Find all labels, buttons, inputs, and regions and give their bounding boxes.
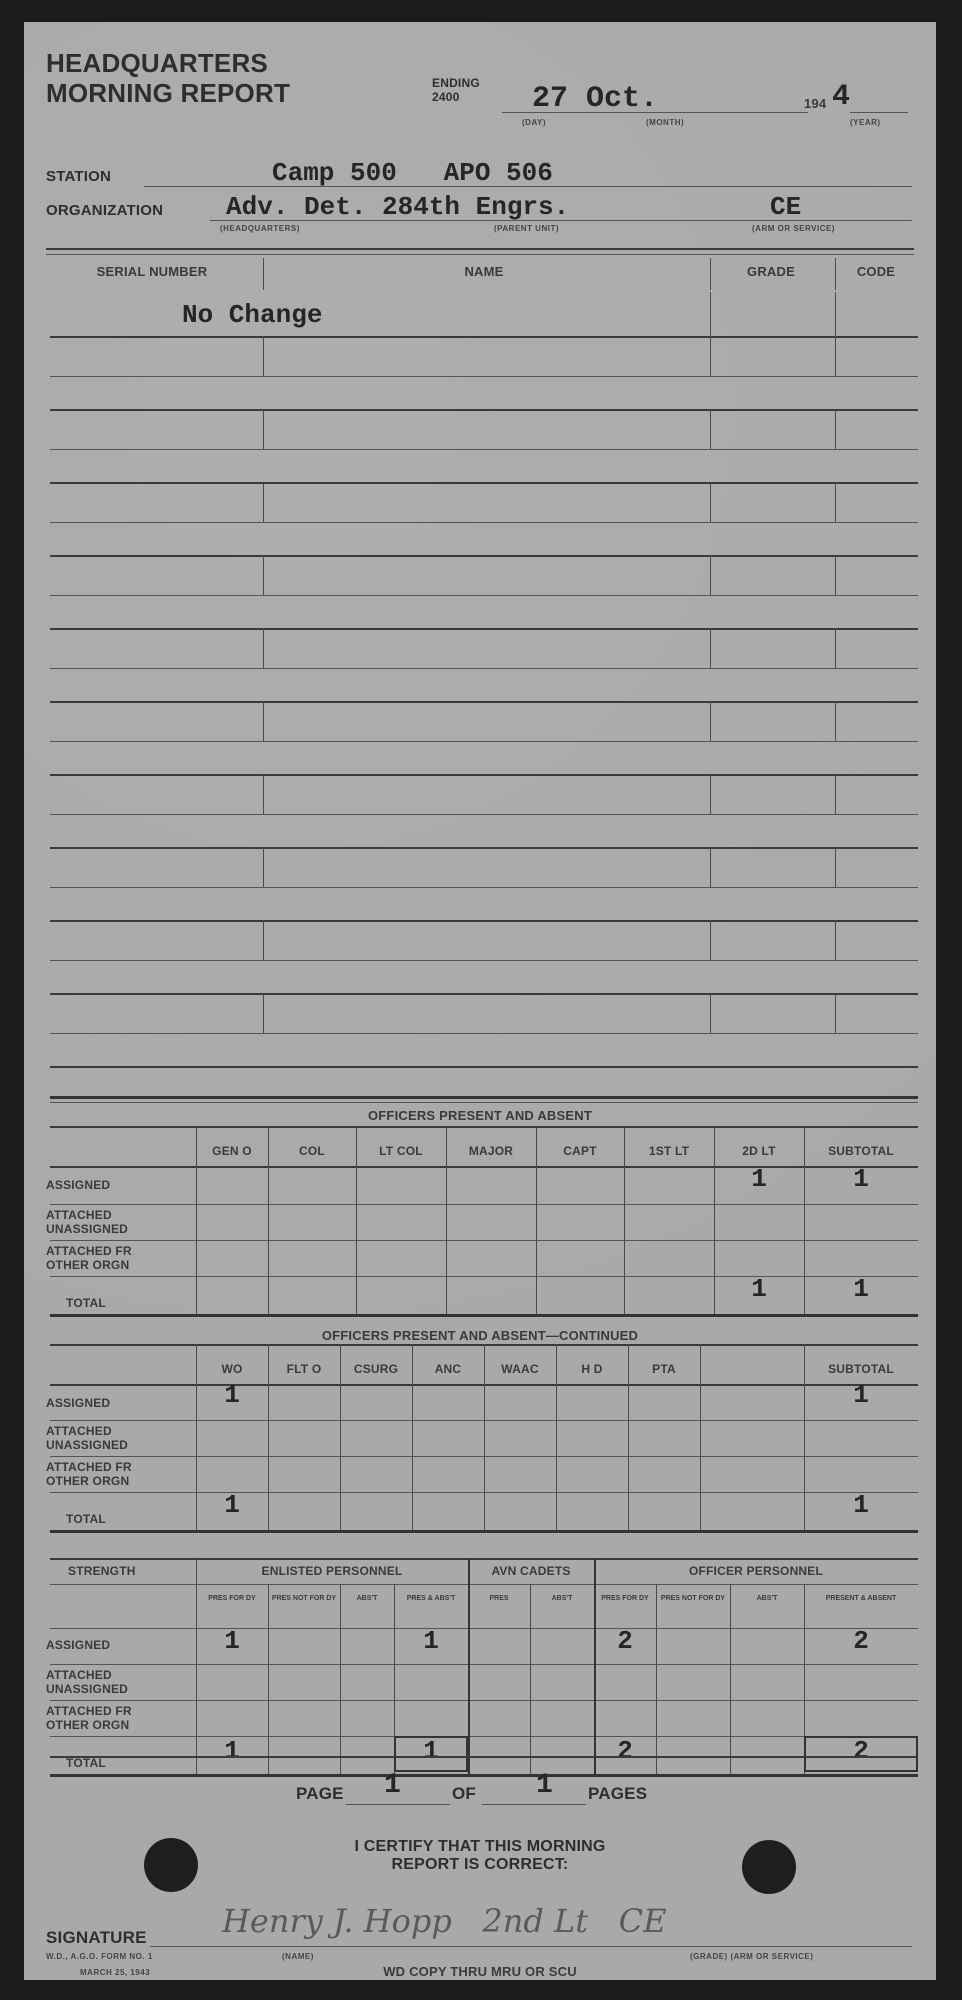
roster-divider <box>835 555 836 595</box>
column-header: PRES NOT FOR DY <box>268 1592 340 1605</box>
cell-value: 1 <box>714 1274 804 1304</box>
roster-divider <box>710 920 711 960</box>
roster-divider <box>263 409 264 449</box>
grid-rule <box>50 1204 918 1205</box>
column-header: GEN O <box>196 1144 268 1158</box>
station-label: STATION <box>46 168 111 185</box>
station-value: Camp 500 APO 506 <box>272 158 553 188</box>
roster-divider <box>710 482 711 522</box>
roster-divider <box>835 482 836 522</box>
row-label: ATTACHED FR OTHER ORGN <box>46 1460 166 1488</box>
row-label: ATTACHED FR OTHER ORGN <box>46 1244 166 1272</box>
grid-divider <box>340 1584 341 1774</box>
roster-divider <box>835 920 836 960</box>
arm-or-service-value: CE <box>770 192 801 222</box>
total-box <box>394 1736 468 1772</box>
parent-unit-caption: (PARENT UNIT) <box>494 224 559 233</box>
routing-note: WD COPY THRU MRU OR SCU <box>24 1964 936 1979</box>
pages-label: PAGES <box>588 1784 647 1804</box>
grid-divider <box>700 1344 701 1530</box>
roster-rule <box>50 1033 918 1034</box>
grid-rule <box>50 1736 918 1737</box>
roster-rule <box>50 960 918 961</box>
officers-top-rule-2 <box>50 1102 918 1103</box>
roster-divider <box>263 258 264 290</box>
cell-value: 1 <box>804 1274 918 1304</box>
roster-divider <box>835 701 836 741</box>
year-prefix: 194 <box>804 96 826 111</box>
row-label: TOTAL <box>66 1756 186 1770</box>
form-number: W.D., A.G.O. FORM NO. 1 <box>46 1952 153 1961</box>
roster-rule <box>50 668 918 669</box>
roster-rule <box>50 701 918 703</box>
roster-rule <box>50 449 918 450</box>
title-line-1: HEADQUARTERS <box>46 48 290 78</box>
roster-divider <box>710 258 711 290</box>
column-header: SUBTOTAL <box>804 1362 918 1376</box>
roster-rule <box>50 595 918 596</box>
roster-rule <box>50 409 918 411</box>
grade-header: GRADE <box>710 264 832 279</box>
grid-divider <box>530 1584 531 1774</box>
roster-divider <box>835 336 836 376</box>
page-underline <box>346 1804 450 1805</box>
grid-divider <box>624 1126 625 1314</box>
grid-divider <box>412 1344 413 1530</box>
row-label: TOTAL <box>66 1512 186 1526</box>
roster-divider <box>835 258 836 290</box>
grid-divider <box>268 1584 269 1774</box>
roster-rule <box>50 1066 918 1068</box>
column-header: ABS'T <box>530 1592 594 1605</box>
column-header: CSURG <box>340 1362 412 1376</box>
roster-divider <box>263 847 264 887</box>
of-label: OF <box>452 1784 476 1804</box>
grid-divider <box>196 1558 197 1774</box>
footer-rule <box>50 1756 918 1758</box>
grid-divider <box>804 1344 805 1530</box>
roster-rule <box>50 628 918 630</box>
grid-rule <box>50 1126 918 1128</box>
roster-divider <box>710 628 711 668</box>
form-title: HEADQUARTERS MORNING REPORT <box>46 48 290 108</box>
cell-value: 1 <box>196 1626 268 1656</box>
punch-hole-left <box>144 1838 198 1892</box>
roster-rule <box>50 920 918 922</box>
cell-value: 1 <box>196 1736 268 1766</box>
roster-divider <box>263 482 264 522</box>
roster-divider <box>710 701 711 741</box>
ending-label: ENDING 2400 <box>432 76 480 104</box>
roster-divider <box>835 774 836 814</box>
roster-top-rule <box>46 248 914 250</box>
roster-divider <box>835 628 836 668</box>
column-header: WO <box>196 1362 268 1376</box>
signature-value: Henry J. Hopp 2nd Lt CE <box>222 1902 666 1940</box>
morning-report-form: HEADQUARTERS MORNING REPORT ENDING 2400 … <box>24 22 936 1980</box>
day-caption: (DAY) <box>522 118 546 127</box>
date-value: 27 Oct. <box>532 82 658 116</box>
roster-rule <box>50 814 918 815</box>
column-header: ANC <box>412 1362 484 1376</box>
cell-value: 1 <box>196 1380 268 1410</box>
column-header: PRES FOR DY <box>594 1592 656 1605</box>
row-label: ATTACHED FR OTHER ORGN <box>46 1704 166 1732</box>
page-value: 1 <box>384 1770 401 1801</box>
group-header: AVN CADETS <box>468 1564 594 1578</box>
month-caption: (MONTH) <box>646 118 684 127</box>
serial-number-header: SERIAL NUMBER <box>46 264 258 279</box>
grid-divider <box>628 1344 629 1530</box>
signature-underline <box>150 1946 912 1947</box>
roster-divider <box>263 628 264 668</box>
grid-divider <box>594 1558 596 1774</box>
grid-rule <box>50 1774 918 1777</box>
grid-rule <box>50 1700 918 1701</box>
title-line-2: MORNING REPORT <box>46 78 290 108</box>
row-label: ASSIGNED <box>46 1178 166 1192</box>
grid-divider <box>536 1126 537 1314</box>
grid-divider <box>556 1344 557 1530</box>
column-header: COL <box>268 1144 356 1158</box>
grid-divider <box>730 1584 731 1774</box>
group-header: OFFICER PERSONNEL <box>594 1564 918 1578</box>
roster-rule <box>50 887 918 888</box>
column-header: 2D LT <box>714 1144 804 1158</box>
cell-value: 1 <box>714 1164 804 1194</box>
row-label: ATTACHED UNASSIGNED <box>46 1208 166 1236</box>
roster-divider <box>835 993 836 1033</box>
grid-divider <box>468 1558 470 1774</box>
roster-divider <box>263 555 264 595</box>
cell-value: 2 <box>594 1736 656 1766</box>
column-header: CAPT <box>536 1144 624 1158</box>
roster-rule <box>50 555 918 557</box>
roster-rule <box>50 522 918 523</box>
column-header: PTA <box>628 1362 700 1376</box>
officers-top-rule <box>50 1096 918 1099</box>
roster-rule <box>50 741 918 742</box>
row-label: ATTACHED UNASSIGNED <box>46 1668 166 1696</box>
grid-divider <box>340 1344 341 1530</box>
column-header: PRES & ABS'T <box>394 1592 468 1605</box>
roster-top-rule-2 <box>46 254 914 255</box>
roster-divider <box>710 336 711 376</box>
code-header: CODE <box>836 264 916 279</box>
grid-divider <box>446 1126 447 1314</box>
grid-divider <box>196 1344 197 1530</box>
column-header: PRES NOT FOR DY <box>656 1592 730 1605</box>
row-label: TOTAL <box>66 1296 186 1310</box>
roster-divider <box>710 555 711 595</box>
column-header: SUBTOTAL <box>804 1144 918 1158</box>
grid-rule <box>50 1530 918 1533</box>
name-caption: (NAME) <box>282 1952 314 1961</box>
grid-rule <box>50 1314 918 1317</box>
roster-rule <box>50 376 918 377</box>
cell-value: 1 <box>196 1490 268 1520</box>
column-header: FLT O <box>268 1362 340 1376</box>
row-label: ASSIGNED <box>46 1638 166 1652</box>
roster-rule <box>50 774 918 776</box>
grid-divider <box>356 1126 357 1314</box>
roster-divider <box>263 336 264 376</box>
grid-divider <box>268 1344 269 1530</box>
roster-divider <box>710 993 711 1033</box>
roster-rule <box>50 847 918 849</box>
grid-rule <box>50 1558 918 1560</box>
year-caption: (YEAR) <box>850 118 881 127</box>
roster-divider <box>710 292 711 336</box>
roster-divider <box>263 774 264 814</box>
cell-value: 2 <box>804 1626 918 1656</box>
year-digit: 4 <box>832 80 850 114</box>
roster-divider <box>263 920 264 960</box>
column-header: PRESENT & ABSENT <box>804 1592 918 1605</box>
cell-value: 1 <box>804 1164 918 1194</box>
grid-rule <box>50 1240 918 1241</box>
total-box <box>804 1736 918 1772</box>
roster-divider <box>835 292 836 336</box>
grade-arm-caption: (GRADE) (ARM OR SERVICE) <box>690 1952 813 1961</box>
roster-divider <box>710 774 711 814</box>
roster-divider <box>710 409 711 449</box>
roster-divider <box>263 701 264 741</box>
cell-value: 2 <box>594 1626 656 1656</box>
roster-divider <box>263 993 264 1033</box>
grid-divider <box>714 1126 715 1314</box>
pages-underline <box>482 1804 586 1805</box>
hq-caption: (HEADQUARTERS) <box>220 224 300 233</box>
column-header: PRES FOR DY <box>196 1592 268 1605</box>
roster-entry: No Change <box>182 300 322 330</box>
ending-label-2: 2400 <box>432 90 480 104</box>
row-label: ASSIGNED <box>46 1396 166 1410</box>
roster-rule <box>50 993 918 995</box>
group-header: ENLISTED PERSONNEL <box>196 1564 468 1578</box>
officers-title: OFFICERS PRESENT AND ABSENT <box>24 1108 936 1123</box>
name-header: NAME <box>264 264 704 279</box>
column-header: MAJOR <box>446 1144 536 1158</box>
cell-value: 1 <box>804 1490 918 1520</box>
strength-label: STRENGTH <box>68 1564 136 1578</box>
signature-label: SIGNATURE <box>46 1928 147 1948</box>
cell-value: 1 <box>394 1626 468 1656</box>
column-header: H D <box>556 1362 628 1376</box>
cell-value: 1 <box>804 1380 918 1410</box>
roster-rule <box>50 482 918 484</box>
organization-label: ORGANIZATION <box>46 202 163 219</box>
row-label: ATTACHED UNASSIGNED <box>46 1424 166 1452</box>
punch-hole-right <box>742 1840 796 1894</box>
grid-divider <box>804 1126 805 1314</box>
grid-divider <box>656 1584 657 1774</box>
roster-rule <box>50 336 918 338</box>
column-header: ABS'T <box>730 1592 804 1605</box>
year-underline <box>850 112 908 113</box>
arm-caption: (ARM OR SERVICE) <box>752 224 835 233</box>
grid-rule <box>50 1584 918 1585</box>
column-header: 1ST LT <box>624 1144 714 1158</box>
grid-divider <box>196 1126 197 1314</box>
grid-rule <box>50 1628 918 1629</box>
ending-label-1: ENDING <box>432 76 480 90</box>
page-label: PAGE <box>296 1784 344 1804</box>
officers-continued-title: OFFICERS PRESENT AND ABSENT—CONTINUED <box>24 1328 936 1343</box>
pages-value: 1 <box>536 1770 553 1801</box>
column-header: ABS'T <box>340 1592 394 1605</box>
organization-value: Adv. Det. 284th Engrs. <box>226 192 569 222</box>
grid-divider <box>484 1344 485 1530</box>
column-header: PRES <box>468 1592 530 1605</box>
roster-divider <box>835 409 836 449</box>
roster-divider <box>710 847 711 887</box>
roster-divider <box>835 847 836 887</box>
grid-divider <box>268 1126 269 1314</box>
column-header: WAAC <box>484 1362 556 1376</box>
grid-rule <box>50 1664 918 1665</box>
column-header: LT COL <box>356 1144 446 1158</box>
